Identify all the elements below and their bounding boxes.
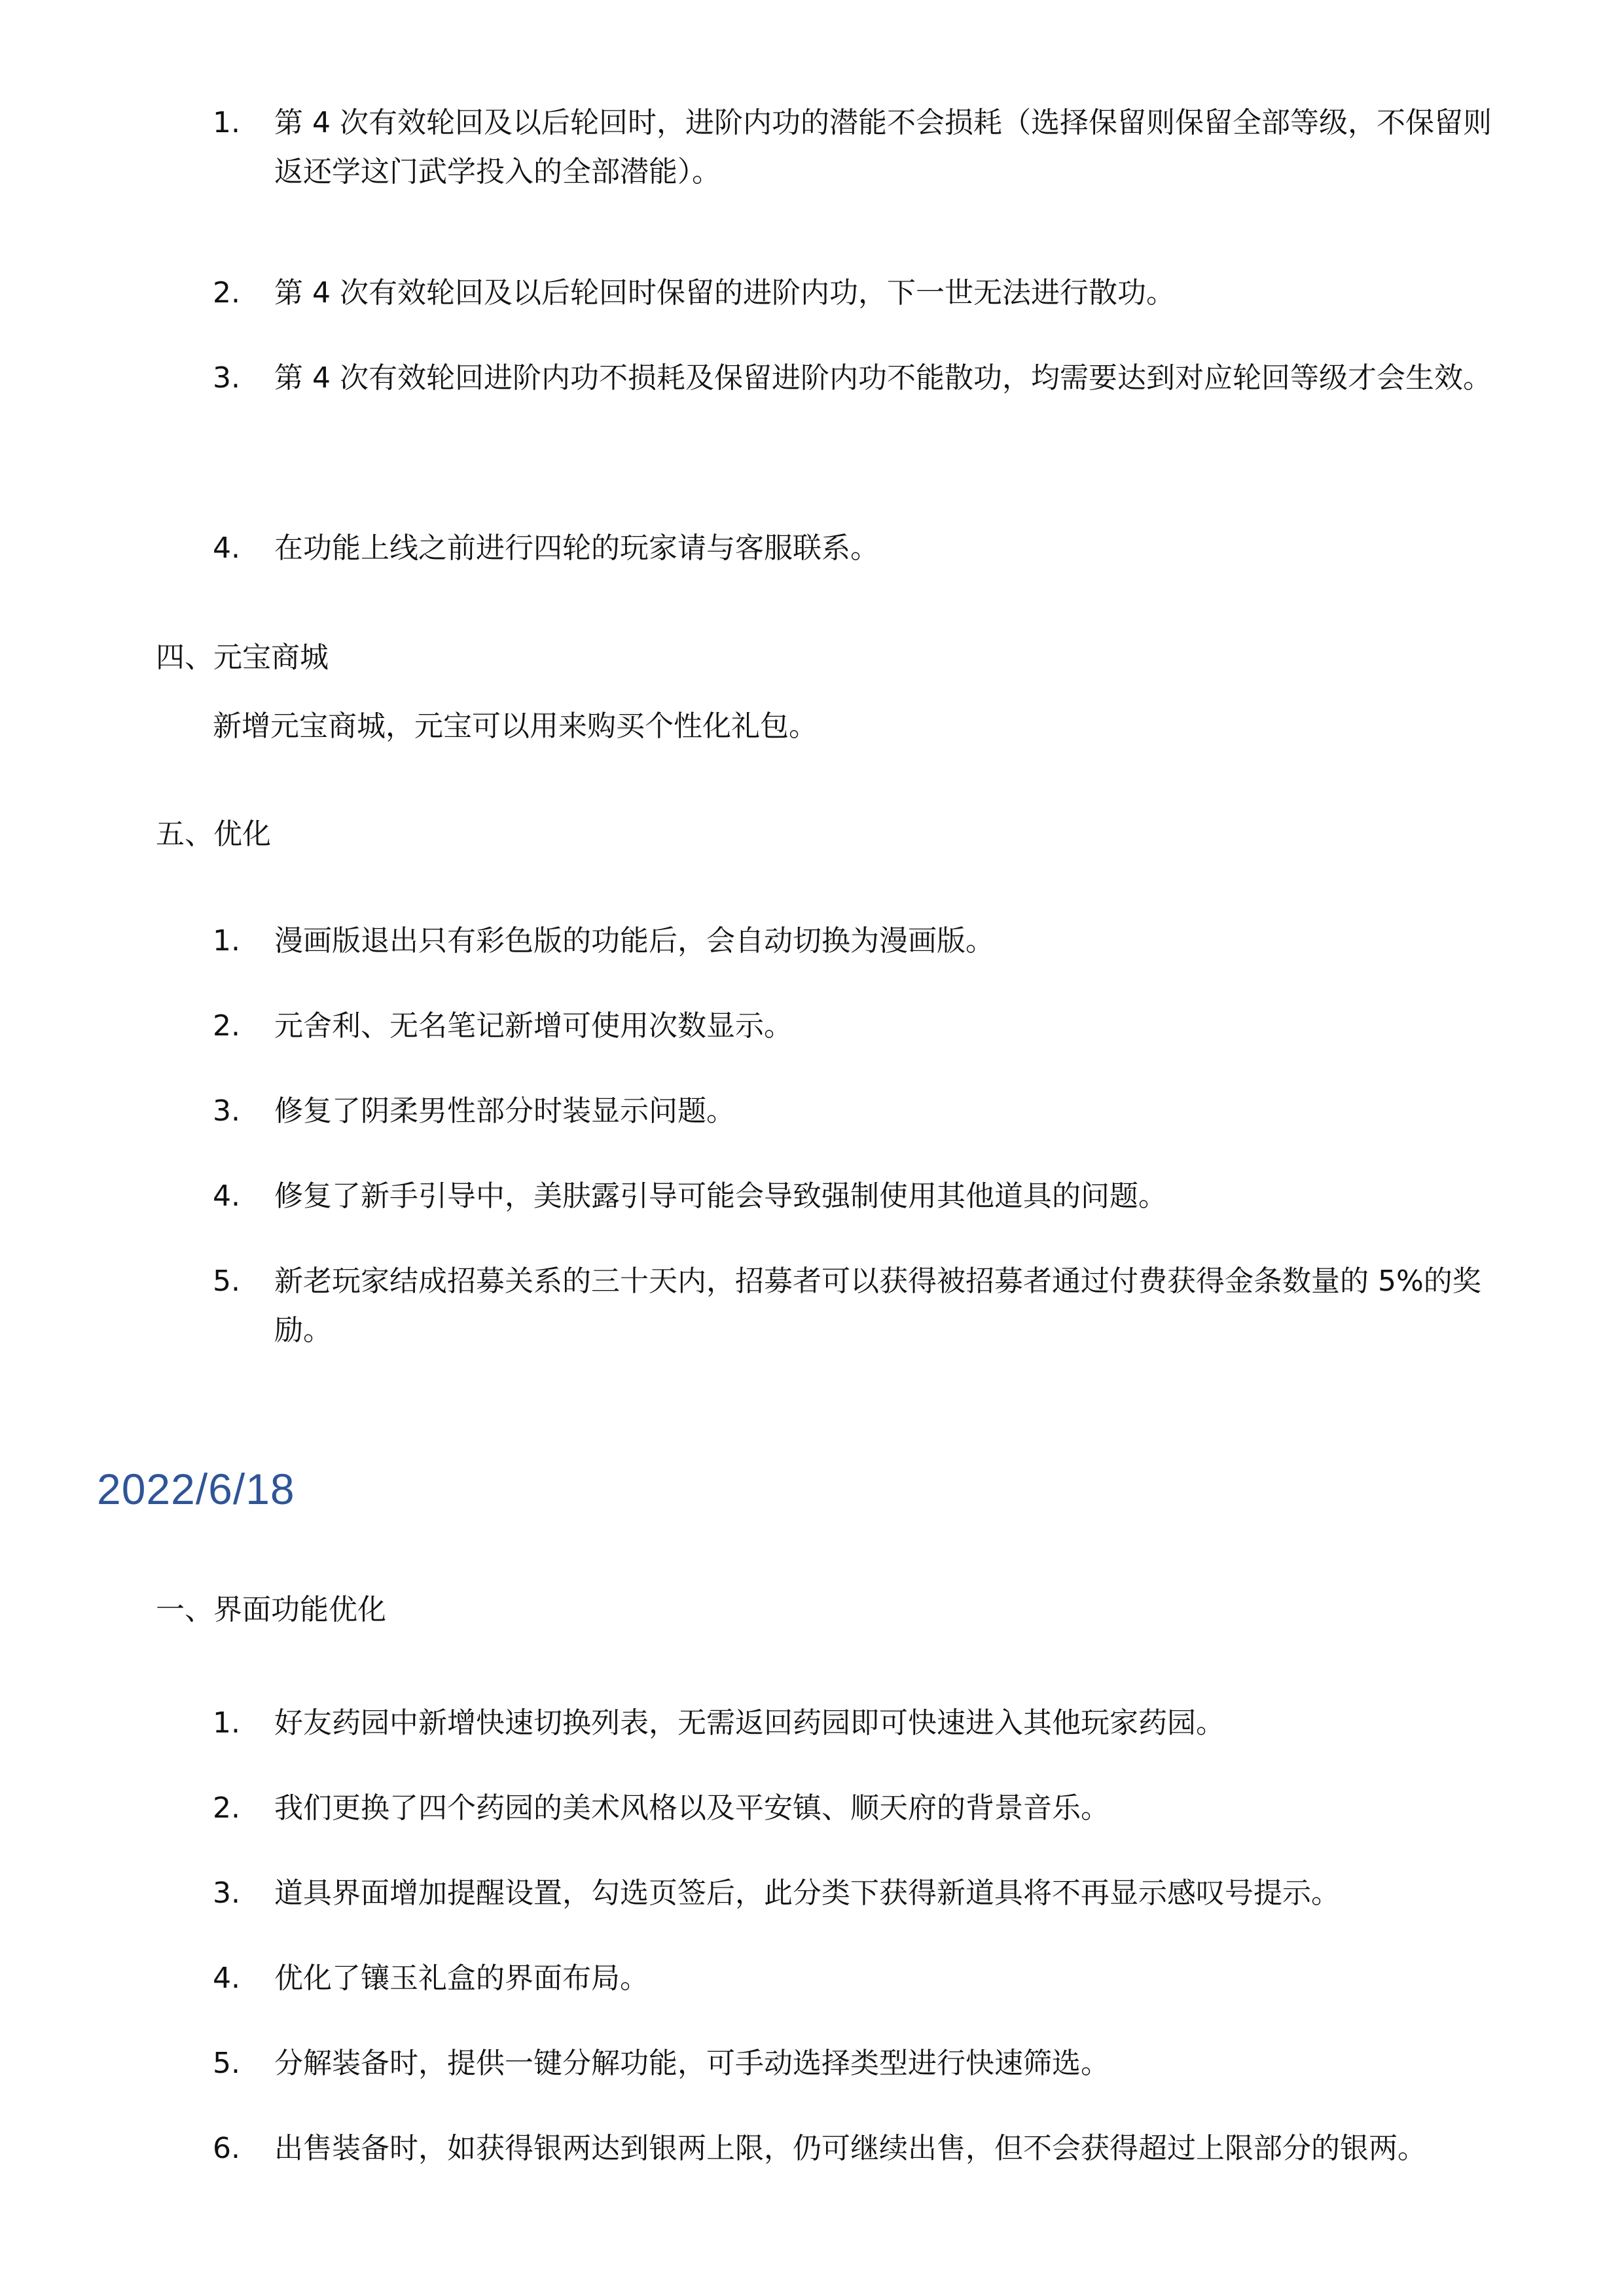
section-heading-optimization: 五、优化: [156, 815, 271, 854]
list-item: 5. 新老玩家结成招募关系的三十天内，招募者可以获得被招募者通过付费获得金条数量…: [213, 1257, 1522, 1355]
list-text: 分解装备时，提供一键分解功能，可手动选择类型进行快速筛选。: [274, 2039, 1518, 2088]
section-paragraph: 新增元宝商城，元宝可以用来购买个性化礼包。: [213, 707, 818, 746]
list-number: 1.: [213, 98, 265, 147]
list-item: 2. 第 4 次有效轮回及以后轮回时保留的进阶内功，下一世无法进行散功。: [213, 268, 1522, 317]
list-number: 3.: [213, 353, 265, 403]
list-item: 3. 道具界面增加提醒设置，勾选页签后，此分类下获得新道具将不再显示感叹号提示。: [213, 1869, 1522, 1918]
list-number: 2.: [213, 1001, 265, 1050]
list-item: 3. 修复了阴柔男性部分时装显示问题。: [213, 1086, 1522, 1136]
list-item: 1. 好友药园中新增快速切换列表，无需返回药园即可快速进入其他玩家药园。: [213, 1698, 1522, 1748]
list-text: 第 4 次有效轮回及以后轮回时，进阶内功的潜能不会损耗（选择保留则保留全部等级，…: [274, 98, 1518, 196]
list-item: 2. 元舍利、无名笔记新增可使用次数显示。: [213, 1001, 1522, 1050]
list-item: 4. 修复了新手引导中，美肤露引导可能会导致强制使用其他道具的问题。: [213, 1172, 1522, 1221]
list-item: 3. 第 4 次有效轮回进阶内功不损耗及保留进阶内功不能散功，均需要达到对应轮回…: [213, 353, 1522, 403]
list-text: 我们更换了四个药园的美术风格以及平安镇、顺天府的背景音乐。: [274, 1784, 1518, 1833]
list-item: 2. 我们更换了四个药园的美术风格以及平安镇、顺天府的背景音乐。: [213, 1784, 1522, 1833]
list-text: 漫画版退出只有彩色版的功能后，会自动切换为漫画版。: [274, 916, 1518, 965]
list-number: 4.: [213, 524, 265, 573]
list-item: 4. 优化了镶玉礼盒的界面布局。: [213, 1954, 1522, 2003]
section-heading-ui-optimization: 一、界面功能优化: [156, 1590, 386, 1630]
list-item: 6. 出售装备时，如获得银两达到银两上限，仍可继续出售，但不会获得超过上限部分的…: [213, 2124, 1522, 2173]
list-number: 1.: [213, 1698, 265, 1748]
list-text: 出售装备时，如获得银两达到银两上限，仍可继续出售，但不会获得超过上限部分的银两。: [274, 2124, 1518, 2173]
section-heading-yuanbao-mall: 四、元宝商城: [156, 638, 329, 677]
list-number: 5.: [213, 1257, 265, 1306]
list-text: 好友药园中新增快速切换列表，无需返回药园即可快速进入其他玩家药园。: [274, 1698, 1518, 1748]
list-text: 优化了镶玉礼盒的界面布局。: [274, 1954, 1518, 2003]
list-number: 3.: [213, 1086, 265, 1136]
list-text: 元舍利、无名笔记新增可使用次数显示。: [274, 1001, 1518, 1050]
list-number: 6.: [213, 2124, 265, 2173]
list-item: 5. 分解装备时，提供一键分解功能，可手动选择类型进行快速筛选。: [213, 2039, 1522, 2088]
list-number: 2.: [213, 268, 265, 317]
list-text: 修复了新手引导中，美肤露引导可能会导致强制使用其他道具的问题。: [274, 1172, 1518, 1221]
list-number: 4.: [213, 1954, 265, 2003]
list-number: 1.: [213, 916, 265, 965]
list-text: 第 4 次有效轮回及以后轮回时保留的进阶内功，下一世无法进行散功。: [274, 268, 1518, 317]
date-heading: 2022/6/18: [97, 1463, 295, 1515]
list-number: 3.: [213, 1869, 265, 1918]
list-item: 4. 在功能上线之前进行四轮的玩家请与客服联系。: [213, 524, 1522, 573]
list-item: 1. 漫画版退出只有彩色版的功能后，会自动切换为漫画版。: [213, 916, 1522, 965]
list-text: 修复了阴柔男性部分时装显示问题。: [274, 1086, 1518, 1136]
list-number: 2.: [213, 1784, 265, 1833]
list-text: 新老玩家结成招募关系的三十天内，招募者可以获得被招募者通过付费获得金条数量的 5…: [274, 1257, 1518, 1355]
list-text: 在功能上线之前进行四轮的玩家请与客服联系。: [274, 524, 1518, 573]
document-page: 1. 第 4 次有效轮回及以后轮回时，进阶内功的潜能不会损耗（选择保留则保留全部…: [0, 0, 1624, 2296]
list-number: 5.: [213, 2039, 265, 2088]
list-text: 第 4 次有效轮回进阶内功不损耗及保留进阶内功不能散功，均需要达到对应轮回等级才…: [274, 353, 1518, 403]
list-number: 4.: [213, 1172, 265, 1221]
list-text: 道具界面增加提醒设置，勾选页签后，此分类下获得新道具将不再显示感叹号提示。: [274, 1869, 1518, 1918]
list-item: 1. 第 4 次有效轮回及以后轮回时，进阶内功的潜能不会损耗（选择保留则保留全部…: [213, 98, 1522, 196]
